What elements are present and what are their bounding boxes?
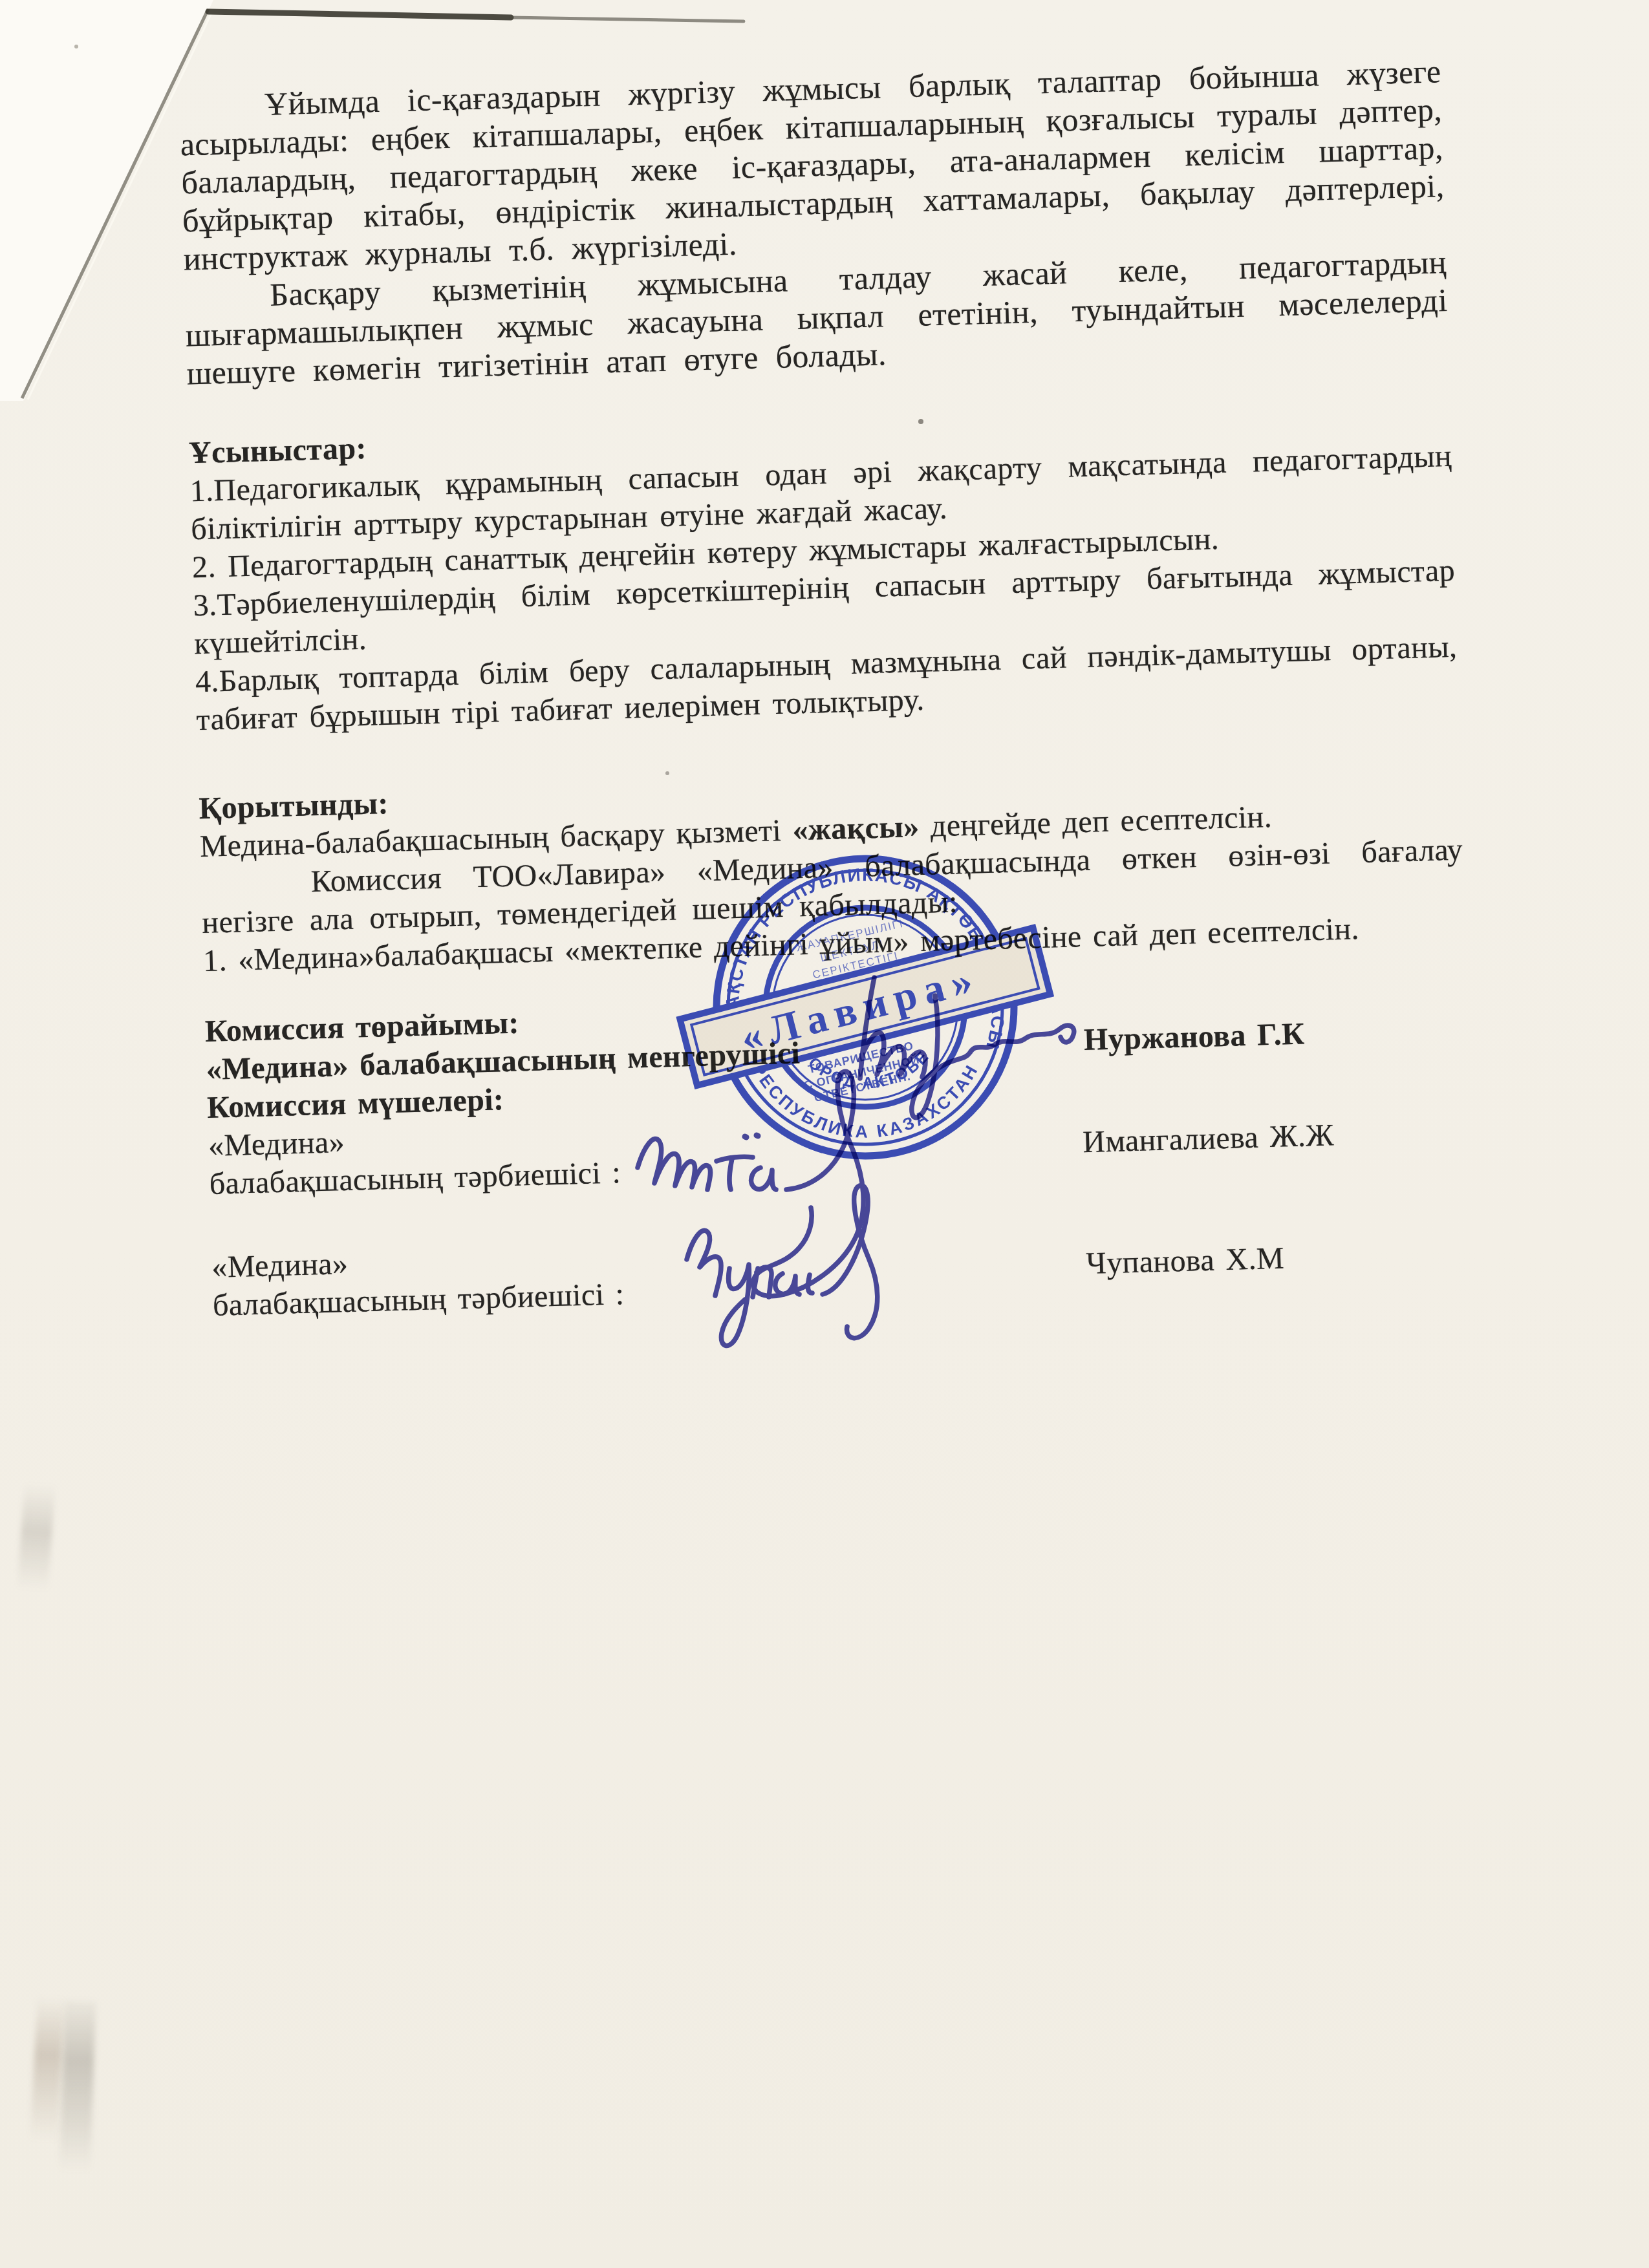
member-1-name: Имангалиева Ж.Ж <box>1083 1116 1335 1161</box>
page-edge-top-dark <box>208 12 511 17</box>
paper-smudge <box>30 1996 65 2143</box>
ink-speck <box>74 45 78 48</box>
paper-smudge <box>59 2000 96 2173</box>
company-stamp: ҚАЗАҚСТАН РЕСПУБЛИКАСЫ АҚТӨБЕ ҚАЛАСЫ РЕС… <box>684 826 1046 1188</box>
paragraph-records: Ұйымда іс-қағаздарын жүргізу жұмысы барл… <box>178 52 1445 278</box>
scanned-document-page: { "doc": { "p1": "Ұйымда іс-қағаздарын ж… <box>0 0 1649 2268</box>
paper-smudge <box>17 1483 55 1592</box>
member-2-name: Чупанова Х.М <box>1086 1239 1285 1283</box>
chair-name: Нуржанова Г.К <box>1083 1015 1305 1060</box>
page-edge-top-fade <box>511 17 744 21</box>
